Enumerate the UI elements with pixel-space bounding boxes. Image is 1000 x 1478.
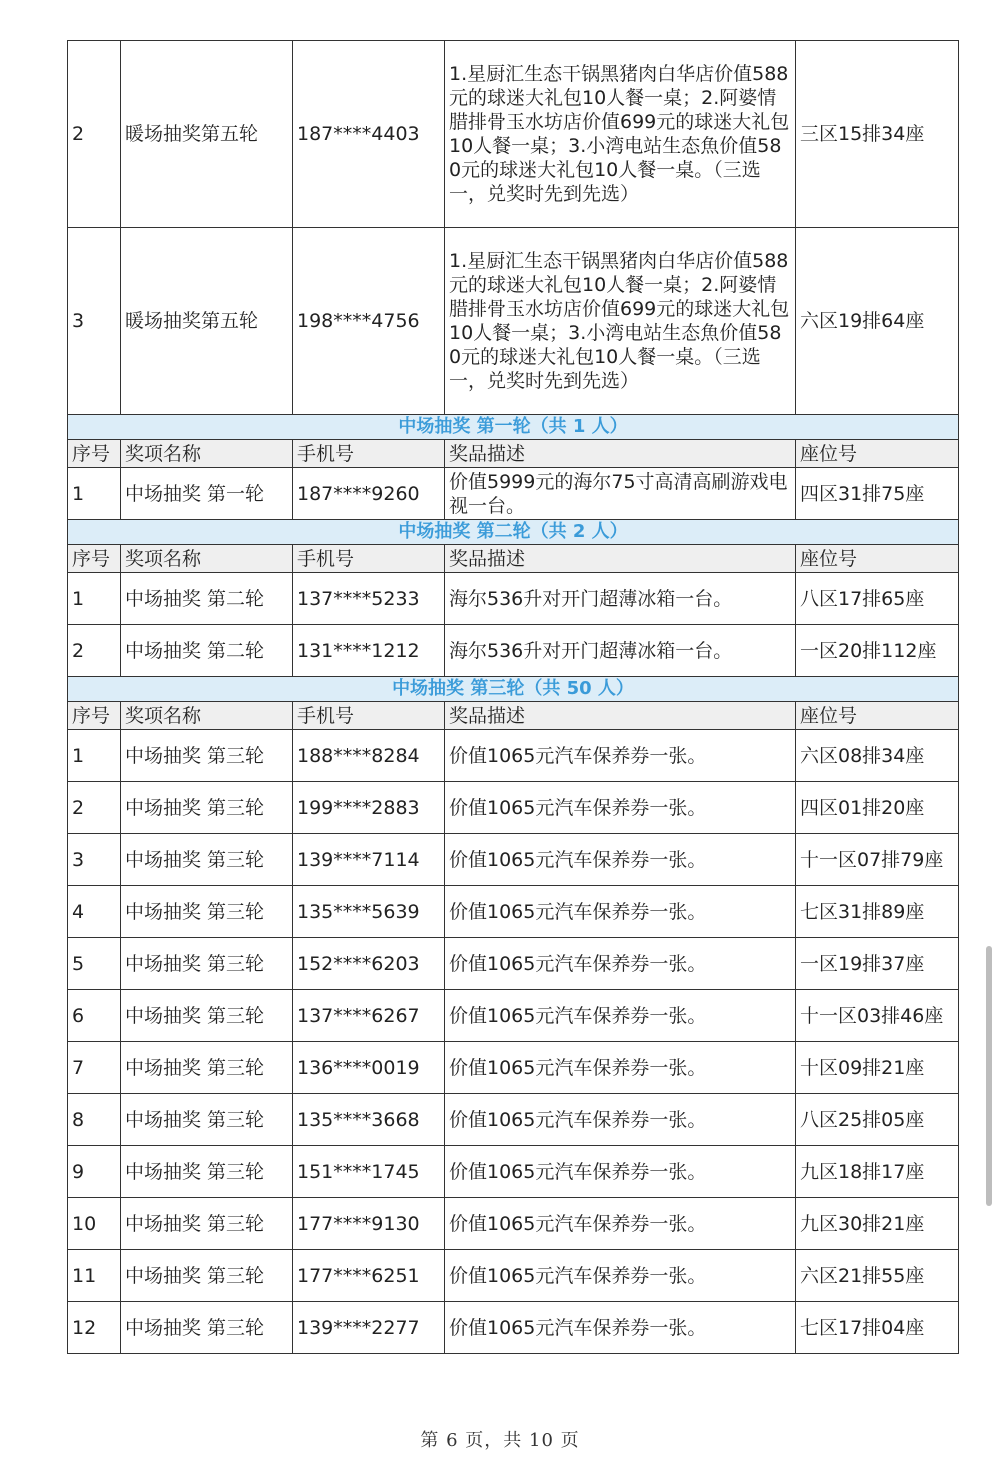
- cell-prize-desc: 价值1065元汽车保养券一张。: [445, 730, 796, 782]
- cell-seat: 三区15排34座: [796, 41, 959, 228]
- winners-table: 2暖场抽奖第五轮187****44031.星厨汇生态干锅黑猪肉白华店价值588元…: [67, 40, 959, 1354]
- cell-prize-name: 中场抽奖 第二轮: [121, 625, 293, 677]
- cell-prize-name: 中场抽奖 第三轮: [121, 730, 293, 782]
- cell-seat: 四区01排20座: [796, 782, 959, 834]
- cell-no: 3: [68, 228, 121, 415]
- cell-seat: 六区19排64座: [796, 228, 959, 415]
- header-row: 序号奖项名称手机号奖品描述座位号: [68, 702, 959, 730]
- cell-prize-desc: 价值1065元汽车保养券一张。: [445, 1302, 796, 1354]
- cell-prize-desc: 海尔536升对开门超薄冰箱一台。: [445, 625, 796, 677]
- cell-prize-name: 中场抽奖 第三轮: [121, 938, 293, 990]
- cell-seat: 六区08排34座: [796, 730, 959, 782]
- cell-phone: 187****9260: [293, 468, 445, 520]
- cell-phone: 151****1745: [293, 1146, 445, 1198]
- table-row: 2中场抽奖 第三轮199****2883价值1065元汽车保养券一张。四区01排…: [68, 782, 959, 834]
- column-header: 奖项名称: [121, 545, 293, 573]
- header-row: 序号奖项名称手机号奖品描述座位号: [68, 440, 959, 468]
- cell-phone: 198****4756: [293, 228, 445, 415]
- cell-prize-desc: 价值1065元汽车保养券一张。: [445, 782, 796, 834]
- cell-prize-name: 暖场抽奖第五轮: [121, 228, 293, 415]
- cell-seat: 一区19排37座: [796, 938, 959, 990]
- cell-phone: 177****6251: [293, 1250, 445, 1302]
- cell-prize-name: 暖场抽奖第五轮: [121, 41, 293, 228]
- cell-prize-desc: 价值1065元汽车保养券一张。: [445, 886, 796, 938]
- table-row: 7中场抽奖 第三轮136****0019价值1065元汽车保养券一张。十区09排…: [68, 1042, 959, 1094]
- section-title-row: 中场抽奖 第三轮（共 50 人）: [68, 677, 959, 702]
- column-header: 手机号: [293, 440, 445, 468]
- table-row: 1中场抽奖 第三轮188****8284价值1065元汽车保养券一张。六区08排…: [68, 730, 959, 782]
- cell-prize-name: 中场抽奖 第三轮: [121, 1250, 293, 1302]
- cell-prize-name: 中场抽奖 第一轮: [121, 468, 293, 520]
- cell-no: 5: [68, 938, 121, 990]
- cell-no: 6: [68, 990, 121, 1042]
- cell-phone: 188****8284: [293, 730, 445, 782]
- cell-phone: 136****0019: [293, 1042, 445, 1094]
- cell-no: 1: [68, 730, 121, 782]
- cell-phone: 131****1212: [293, 625, 445, 677]
- table-row: 6中场抽奖 第三轮137****6267价值1065元汽车保养券一张。十一区03…: [68, 990, 959, 1042]
- cell-prize-name: 中场抽奖 第三轮: [121, 1302, 293, 1354]
- section-title: 中场抽奖 第一轮（共 1 人）: [68, 415, 959, 440]
- section-title-row: 中场抽奖 第一轮（共 1 人）: [68, 415, 959, 440]
- cell-prize-desc: 价值1065元汽车保养券一张。: [445, 1198, 796, 1250]
- cell-prize-desc: 价值1065元汽车保养券一张。: [445, 990, 796, 1042]
- table-row: 2中场抽奖 第二轮131****1212海尔536升对开门超薄冰箱一台。一区20…: [68, 625, 959, 677]
- header-row: 序号奖项名称手机号奖品描述座位号: [68, 545, 959, 573]
- cell-prize-desc: 价值1065元汽车保养券一张。: [445, 1146, 796, 1198]
- cell-no: 7: [68, 1042, 121, 1094]
- cell-no: 8: [68, 1094, 121, 1146]
- cell-no: 2: [68, 782, 121, 834]
- cell-prize-desc: 价值1065元汽车保养券一张。: [445, 1250, 796, 1302]
- cell-seat: 九区18排17座: [796, 1146, 959, 1198]
- cell-phone: 152****6203: [293, 938, 445, 990]
- table-row: 12中场抽奖 第三轮139****2277价值1065元汽车保养券一张。七区17…: [68, 1302, 959, 1354]
- cell-prize-desc: 价值1065元汽车保养券一张。: [445, 1042, 796, 1094]
- column-header: 座位号: [796, 545, 959, 573]
- cell-seat: 十一区03排46座: [796, 990, 959, 1042]
- cell-prize-name: 中场抽奖 第三轮: [121, 886, 293, 938]
- column-header: 座位号: [796, 702, 959, 730]
- cell-no: 1: [68, 468, 121, 520]
- cell-phone: 199****2883: [293, 782, 445, 834]
- cell-no: 12: [68, 1302, 121, 1354]
- cell-prize-name: 中场抽奖 第三轮: [121, 1198, 293, 1250]
- cell-phone: 135****3668: [293, 1094, 445, 1146]
- cell-no: 3: [68, 834, 121, 886]
- column-header: 序号: [68, 545, 121, 573]
- cell-seat: 七区31排89座: [796, 886, 959, 938]
- cell-seat: 九区30排21座: [796, 1198, 959, 1250]
- cell-seat: 十区09排21座: [796, 1042, 959, 1094]
- cell-seat: 七区17排04座: [796, 1302, 959, 1354]
- cell-seat: 十一区07排79座: [796, 834, 959, 886]
- cell-prize-name: 中场抽奖 第三轮: [121, 1042, 293, 1094]
- vertical-scrollbar[interactable]: [986, 946, 992, 1206]
- cell-no: 10: [68, 1198, 121, 1250]
- cell-prize-name: 中场抽奖 第三轮: [121, 1146, 293, 1198]
- cell-seat: 八区25排05座: [796, 1094, 959, 1146]
- cell-prize-name: 中场抽奖 第二轮: [121, 573, 293, 625]
- cell-no: 4: [68, 886, 121, 938]
- column-header: 奖品描述: [445, 440, 796, 468]
- cell-prize-name: 中场抽奖 第三轮: [121, 834, 293, 886]
- table-row: 3暖场抽奖第五轮198****47561.星厨汇生态干锅黑猪肉白华店价值588元…: [68, 228, 959, 415]
- table-row: 3中场抽奖 第三轮139****7114价值1065元汽车保养券一张。十一区07…: [68, 834, 959, 886]
- cell-prize-desc: 价值1065元汽车保养券一张。: [445, 938, 796, 990]
- cell-prize-desc: 价值5999元的海尔75寸高清高刷游戏电视一台。: [445, 468, 796, 520]
- cell-phone: 139****2277: [293, 1302, 445, 1354]
- page-footer: 第 6 页，共 10 页: [0, 1426, 1000, 1452]
- cell-prize-desc: 价值1065元汽车保养券一张。: [445, 1094, 796, 1146]
- cell-no: 1: [68, 573, 121, 625]
- table-row: 5中场抽奖 第三轮152****6203价值1065元汽车保养券一张。一区19排…: [68, 938, 959, 990]
- cell-no: 9: [68, 1146, 121, 1198]
- cell-prize-desc: 1.星厨汇生态干锅黑猪肉白华店价值588元的球迷大礼包10人餐一桌；2.阿婆情腊…: [445, 228, 796, 415]
- cell-prize-desc: 价值1065元汽车保养券一张。: [445, 834, 796, 886]
- section-title: 中场抽奖 第三轮（共 50 人）: [68, 677, 959, 702]
- column-header: 奖项名称: [121, 440, 293, 468]
- cell-phone: 135****5639: [293, 886, 445, 938]
- cell-no: 11: [68, 1250, 121, 1302]
- column-header: 座位号: [796, 440, 959, 468]
- cell-prize-name: 中场抽奖 第三轮: [121, 782, 293, 834]
- cell-seat: 八区17排65座: [796, 573, 959, 625]
- table-row: 1中场抽奖 第一轮187****9260价值5999元的海尔75寸高清高刷游戏电…: [68, 468, 959, 520]
- table-row: 4中场抽奖 第三轮135****5639价值1065元汽车保养券一张。七区31排…: [68, 886, 959, 938]
- cell-phone: 137****6267: [293, 990, 445, 1042]
- cell-no: 2: [68, 41, 121, 228]
- cell-prize-desc: 1.星厨汇生态干锅黑猪肉白华店价值588元的球迷大礼包10人餐一桌；2.阿婆情腊…: [445, 41, 796, 228]
- cell-seat: 四区31排75座: [796, 468, 959, 520]
- table-row: 11中场抽奖 第三轮177****6251价值1065元汽车保养券一张。六区21…: [68, 1250, 959, 1302]
- table-row: 1中场抽奖 第二轮137****5233海尔536升对开门超薄冰箱一台。八区17…: [68, 573, 959, 625]
- column-header: 奖项名称: [121, 702, 293, 730]
- cell-seat: 一区20排112座: [796, 625, 959, 677]
- column-header: 奖品描述: [445, 702, 796, 730]
- column-header: 序号: [68, 702, 121, 730]
- cell-prize-name: 中场抽奖 第三轮: [121, 1094, 293, 1146]
- table-row: 2暖场抽奖第五轮187****44031.星厨汇生态干锅黑猪肉白华店价值588元…: [68, 41, 959, 228]
- cell-phone: 187****4403: [293, 41, 445, 228]
- table-row: 9中场抽奖 第三轮151****1745价值1065元汽车保养券一张。九区18排…: [68, 1146, 959, 1198]
- section-title: 中场抽奖 第二轮（共 2 人）: [68, 520, 959, 545]
- cell-prize-desc: 海尔536升对开门超薄冰箱一台。: [445, 573, 796, 625]
- column-header: 手机号: [293, 702, 445, 730]
- column-header: 奖品描述: [445, 545, 796, 573]
- column-header: 序号: [68, 440, 121, 468]
- section-title-row: 中场抽奖 第二轮（共 2 人）: [68, 520, 959, 545]
- column-header: 手机号: [293, 545, 445, 573]
- cell-no: 2: [68, 625, 121, 677]
- table-row: 8中场抽奖 第三轮135****3668价值1065元汽车保养券一张。八区25排…: [68, 1094, 959, 1146]
- cell-seat: 六区21排55座: [796, 1250, 959, 1302]
- cell-phone: 137****5233: [293, 573, 445, 625]
- cell-phone: 139****7114: [293, 834, 445, 886]
- cell-prize-name: 中场抽奖 第三轮: [121, 990, 293, 1042]
- table-row: 10中场抽奖 第三轮177****9130价值1065元汽车保养券一张。九区30…: [68, 1198, 959, 1250]
- cell-phone: 177****9130: [293, 1198, 445, 1250]
